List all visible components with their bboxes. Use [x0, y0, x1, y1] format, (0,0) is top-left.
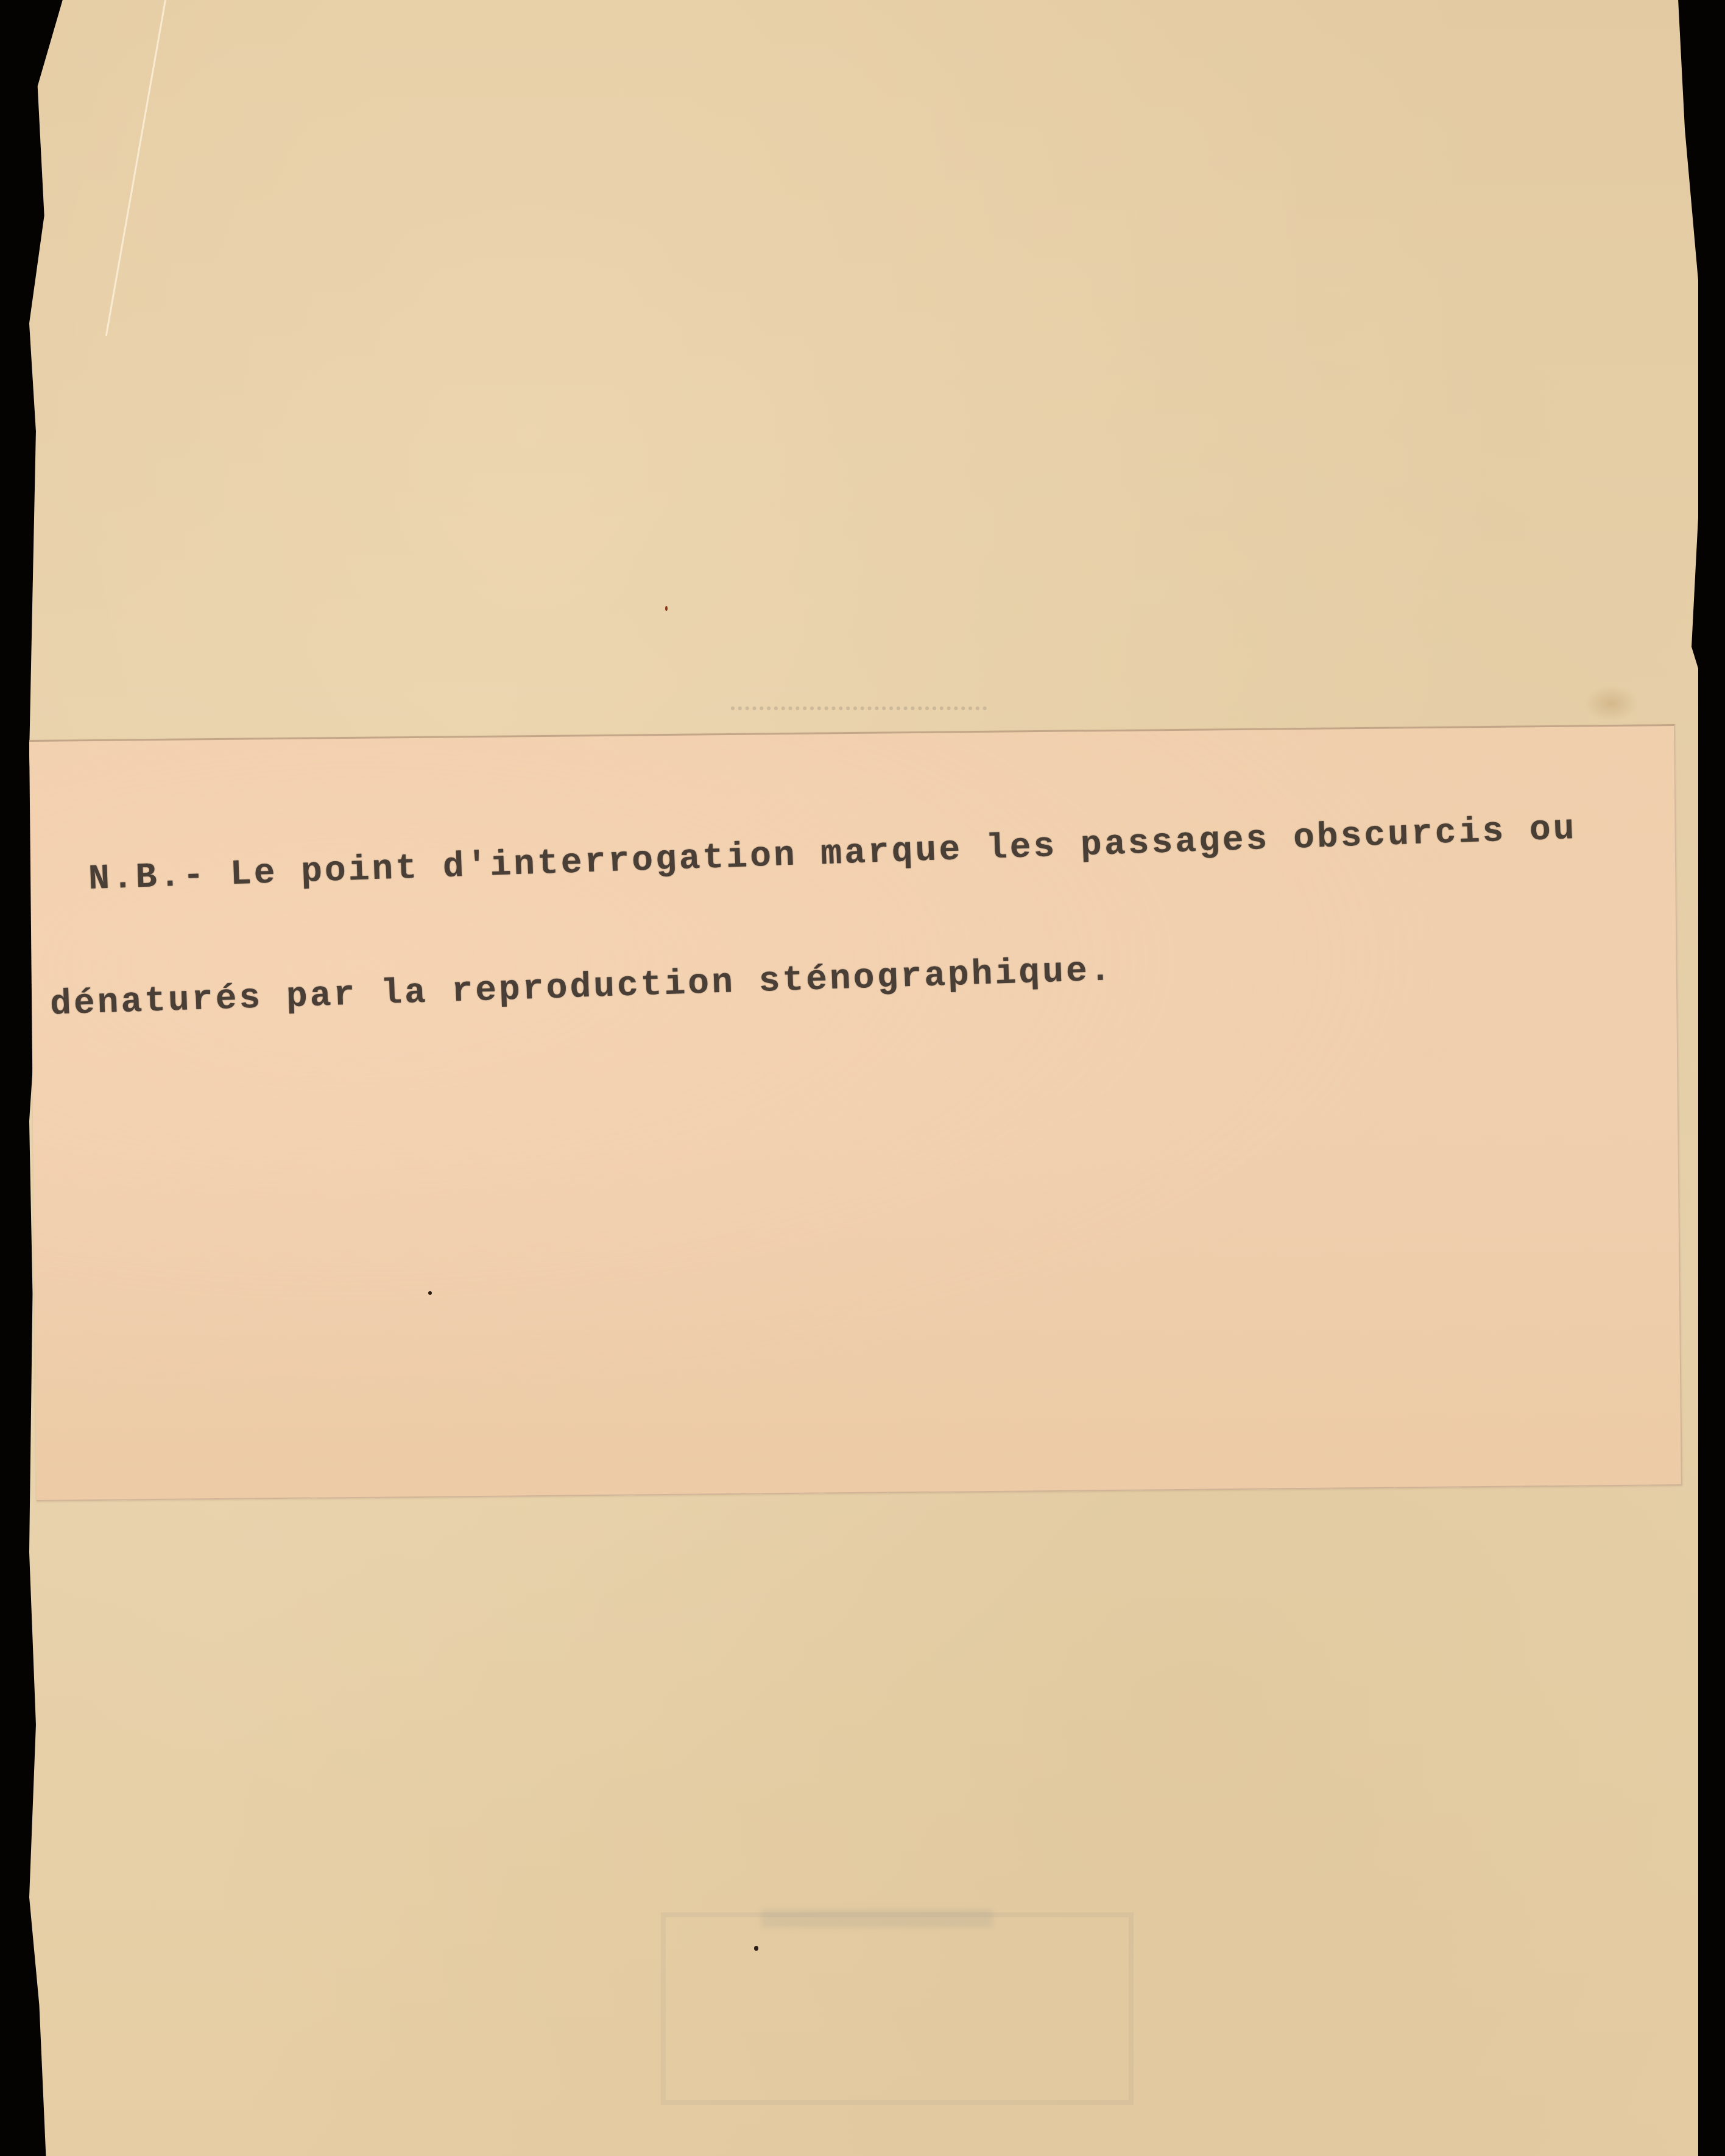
paper-stain	[1584, 685, 1639, 722]
ink-speck	[665, 606, 668, 611]
ink-speck	[754, 1946, 758, 1951]
note-line-1: N.B.- Le point d'interrogation marque le…	[88, 809, 1578, 900]
faint-show-through-rule	[731, 706, 987, 714]
faint-show-through-stamp-text	[761, 1909, 993, 1928]
pasted-note-slip: N.B.- Le point d'interrogation marque le…	[29, 724, 1682, 1501]
ink-speck	[428, 1291, 432, 1295]
note-line-2: dénaturés par la reproduction sténograph…	[49, 951, 1113, 1024]
faint-show-through-stamp-box	[661, 1912, 1134, 2105]
